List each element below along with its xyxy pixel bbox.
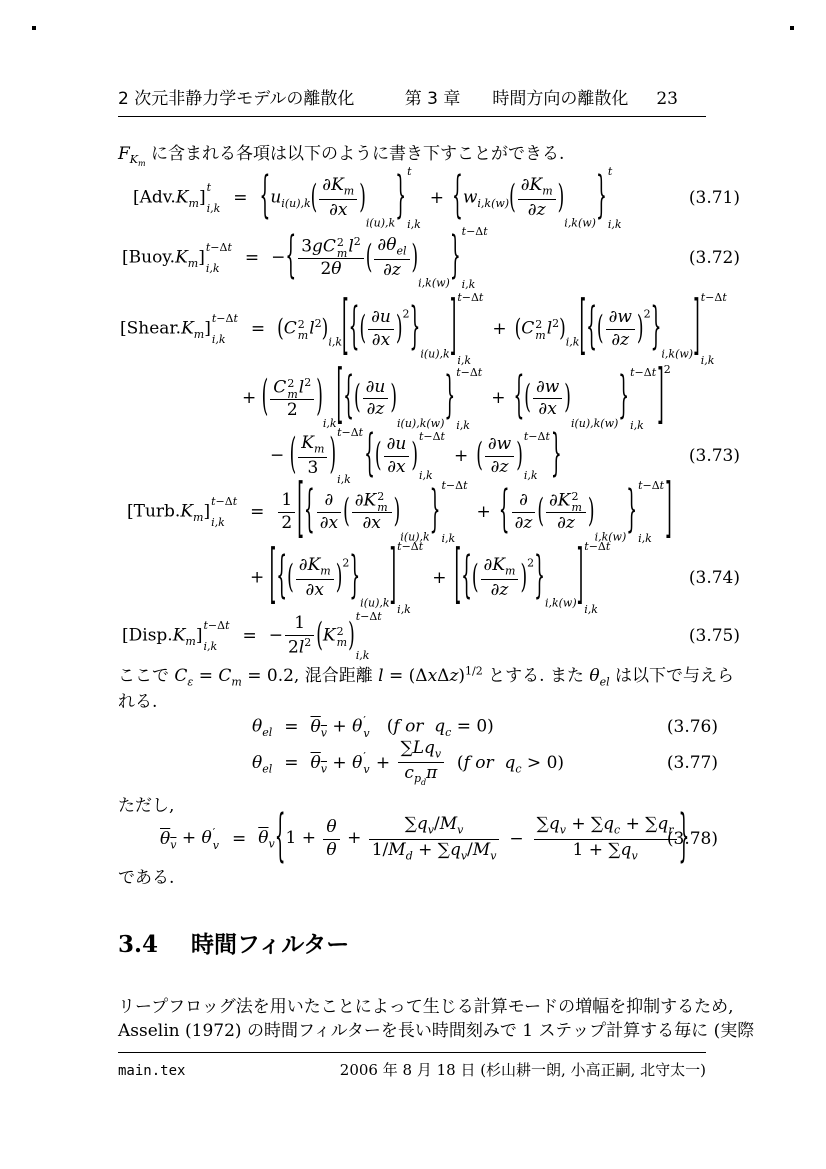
equation-3-71-body: [Adv.Km]ti,k={ui(u),k(∂Km∂x)i(u),k}ti,k+… xyxy=(133,166,623,230)
equation-3-71: [Adv.Km]ti,k={ui(u),k(∂Km∂x)i(u),k}ti,k+… xyxy=(118,166,740,230)
intro-text: FKm に含まれる各項は以下のように書き下すことができる. xyxy=(118,139,564,169)
equation-3-76-body: θel=θv + θ′v (f or qc = 0) xyxy=(252,715,494,739)
equation-number-3-76: (3.76) xyxy=(667,717,718,737)
equation-number-3-74: (3.74) xyxy=(689,568,740,588)
section-title: 時間フィルター xyxy=(191,932,349,958)
equation-3-73-line1-body: [Shear.Km]t−Δti,k=(C2ml2)i,k[{(∂u∂x)2}i(… xyxy=(120,292,728,366)
page-number: 23 xyxy=(656,89,678,109)
running-head-right: 第 3 章 時間方向の離散化 23 xyxy=(405,84,706,109)
equation-3-75: [Disp.Km]t−Δti,k=−12l2(K2m)t−Δti,k (3.75… xyxy=(118,612,740,660)
equation-number-3-77: (3.77) xyxy=(667,753,718,773)
running-head-left: 2 次元非静力学モデルの離散化 xyxy=(118,84,354,109)
body-paragraph-line2: Asselin (1972) の時間フィルターを長い時間刻みで 1 ステップ計算… xyxy=(118,1016,754,1041)
crop-mark-left xyxy=(32,26,36,30)
equation-3-78-body: θv + θ′v=θv{1 + θθ + ∑qv/Mv1/Md + ∑qv/Mv… xyxy=(160,815,689,862)
equation-number-3-73: (3.73) xyxy=(689,446,740,466)
equation-number-3-75: (3.75) xyxy=(689,626,740,646)
is-text: である. xyxy=(118,863,174,888)
equation-number-3-78: (3.78) xyxy=(667,829,718,849)
chapter-label: 第 3 章 xyxy=(405,84,461,109)
equation-3-74-line1-body: [Turb.Km]t−Δti,k=12[{∂∂x(∂K2m∂x)i(u),k}t… xyxy=(127,480,672,544)
equation-3-73-line1: [Shear.Km]t−Δti,k=(C2ml2)i,k[{(∂u∂x)2}i(… xyxy=(118,294,740,364)
equation-3-72-body: [Buoy.Km]t−Δti,k=−{3gC2ml22θ(∂θel∂z)i,k(… xyxy=(122,226,489,290)
crop-mark-right xyxy=(790,26,794,30)
chapter-title: 時間方向の離散化 xyxy=(492,84,628,109)
section-number: 3.4 xyxy=(118,931,158,958)
equation-3-73-line3-body: − (Km3)t−Δti,k{(∂u∂x)t−Δti,k+(∂w∂z)t−Δti… xyxy=(270,427,562,485)
page-footer: main.tex 2006 年 8 月 18 日 (杉山耕一朗, 小高正嗣, 北… xyxy=(118,1052,706,1080)
equation-3-73-line2-body: + (C2ml22)i,k[{(∂u∂z)i(u),k(w)}t−Δti,k+{… xyxy=(242,363,671,431)
equation-3-72: [Buoy.Km]t−Δti,k=−{3gC2ml22θ(∂θel∂z)i,k(… xyxy=(118,226,740,290)
body-paragraph-line1: リープフロッグ法を用いたことによって生じる計算モードの増幅を抑制するため, xyxy=(118,992,734,1017)
page-header: 2 次元非静力学モデルの離散化 第 3 章 時間方向の離散化 23 xyxy=(118,84,706,117)
section-heading: 3.4 時間フィルター xyxy=(118,926,349,959)
equation-3-73-line3: − (Km3)t−Δti,k{(∂u∂x)t−Δti,k+(∂w∂z)t−Δti… xyxy=(118,430,740,482)
footer-date-authors: 2006 年 8 月 18 日 (杉山耕一朗, 小高正嗣, 北守太一) xyxy=(340,1059,706,1080)
equation-3-74-line2-body: + [{(∂Km∂x)2}i(u),k]t−Δti,k+[{(∂Km∂z)2}i… xyxy=(250,541,611,615)
equation-3-73-line2: + (C2ml22)i,k[{(∂u∂z)i(u),k(w)}t−Δti,k+{… xyxy=(118,362,740,432)
equation-3-78: θv + θ′v=θv{1 + θθ + ∑qv/Mv1/Md + ∑qv/Mv… xyxy=(118,812,740,866)
equation-number-3-72: (3.72) xyxy=(689,248,740,268)
footer-filename: main.tex xyxy=(118,1063,185,1079)
parameters-text-line1: ここで Cε = Cm = 0.2, 混合距離 l = (ΔxΔz)1/2 とす… xyxy=(118,661,734,688)
equation-3-75-body: [Disp.Km]t−Δti,k=−12l2(K2m)t−Δti,k xyxy=(122,611,383,661)
document-page: 2 次元非静力学モデルの離散化 第 3 章 時間方向の離散化 23 FKm に含… xyxy=(0,0,826,1169)
equation-number-3-71: (3.71) xyxy=(689,188,740,208)
equation-3-74-line2: + [{(∂Km∂x)2}i(u),k]t−Δti,k+[{(∂Km∂z)2}i… xyxy=(118,544,740,612)
equation-3-77-body: θel=θv + θ′v + ∑Lqvcpdπ (f or qc > 0) xyxy=(252,739,564,788)
parameters-text-line2: れる. xyxy=(118,687,157,712)
equation-3-77: θel=θv + θ′v + ∑Lqvcpdπ (f or qc > 0) (3… xyxy=(118,740,740,786)
equation-3-74-line1: [Turb.Km]t−Δti,k=12[{∂∂x(∂K2m∂x)i(u),k}t… xyxy=(118,480,740,544)
